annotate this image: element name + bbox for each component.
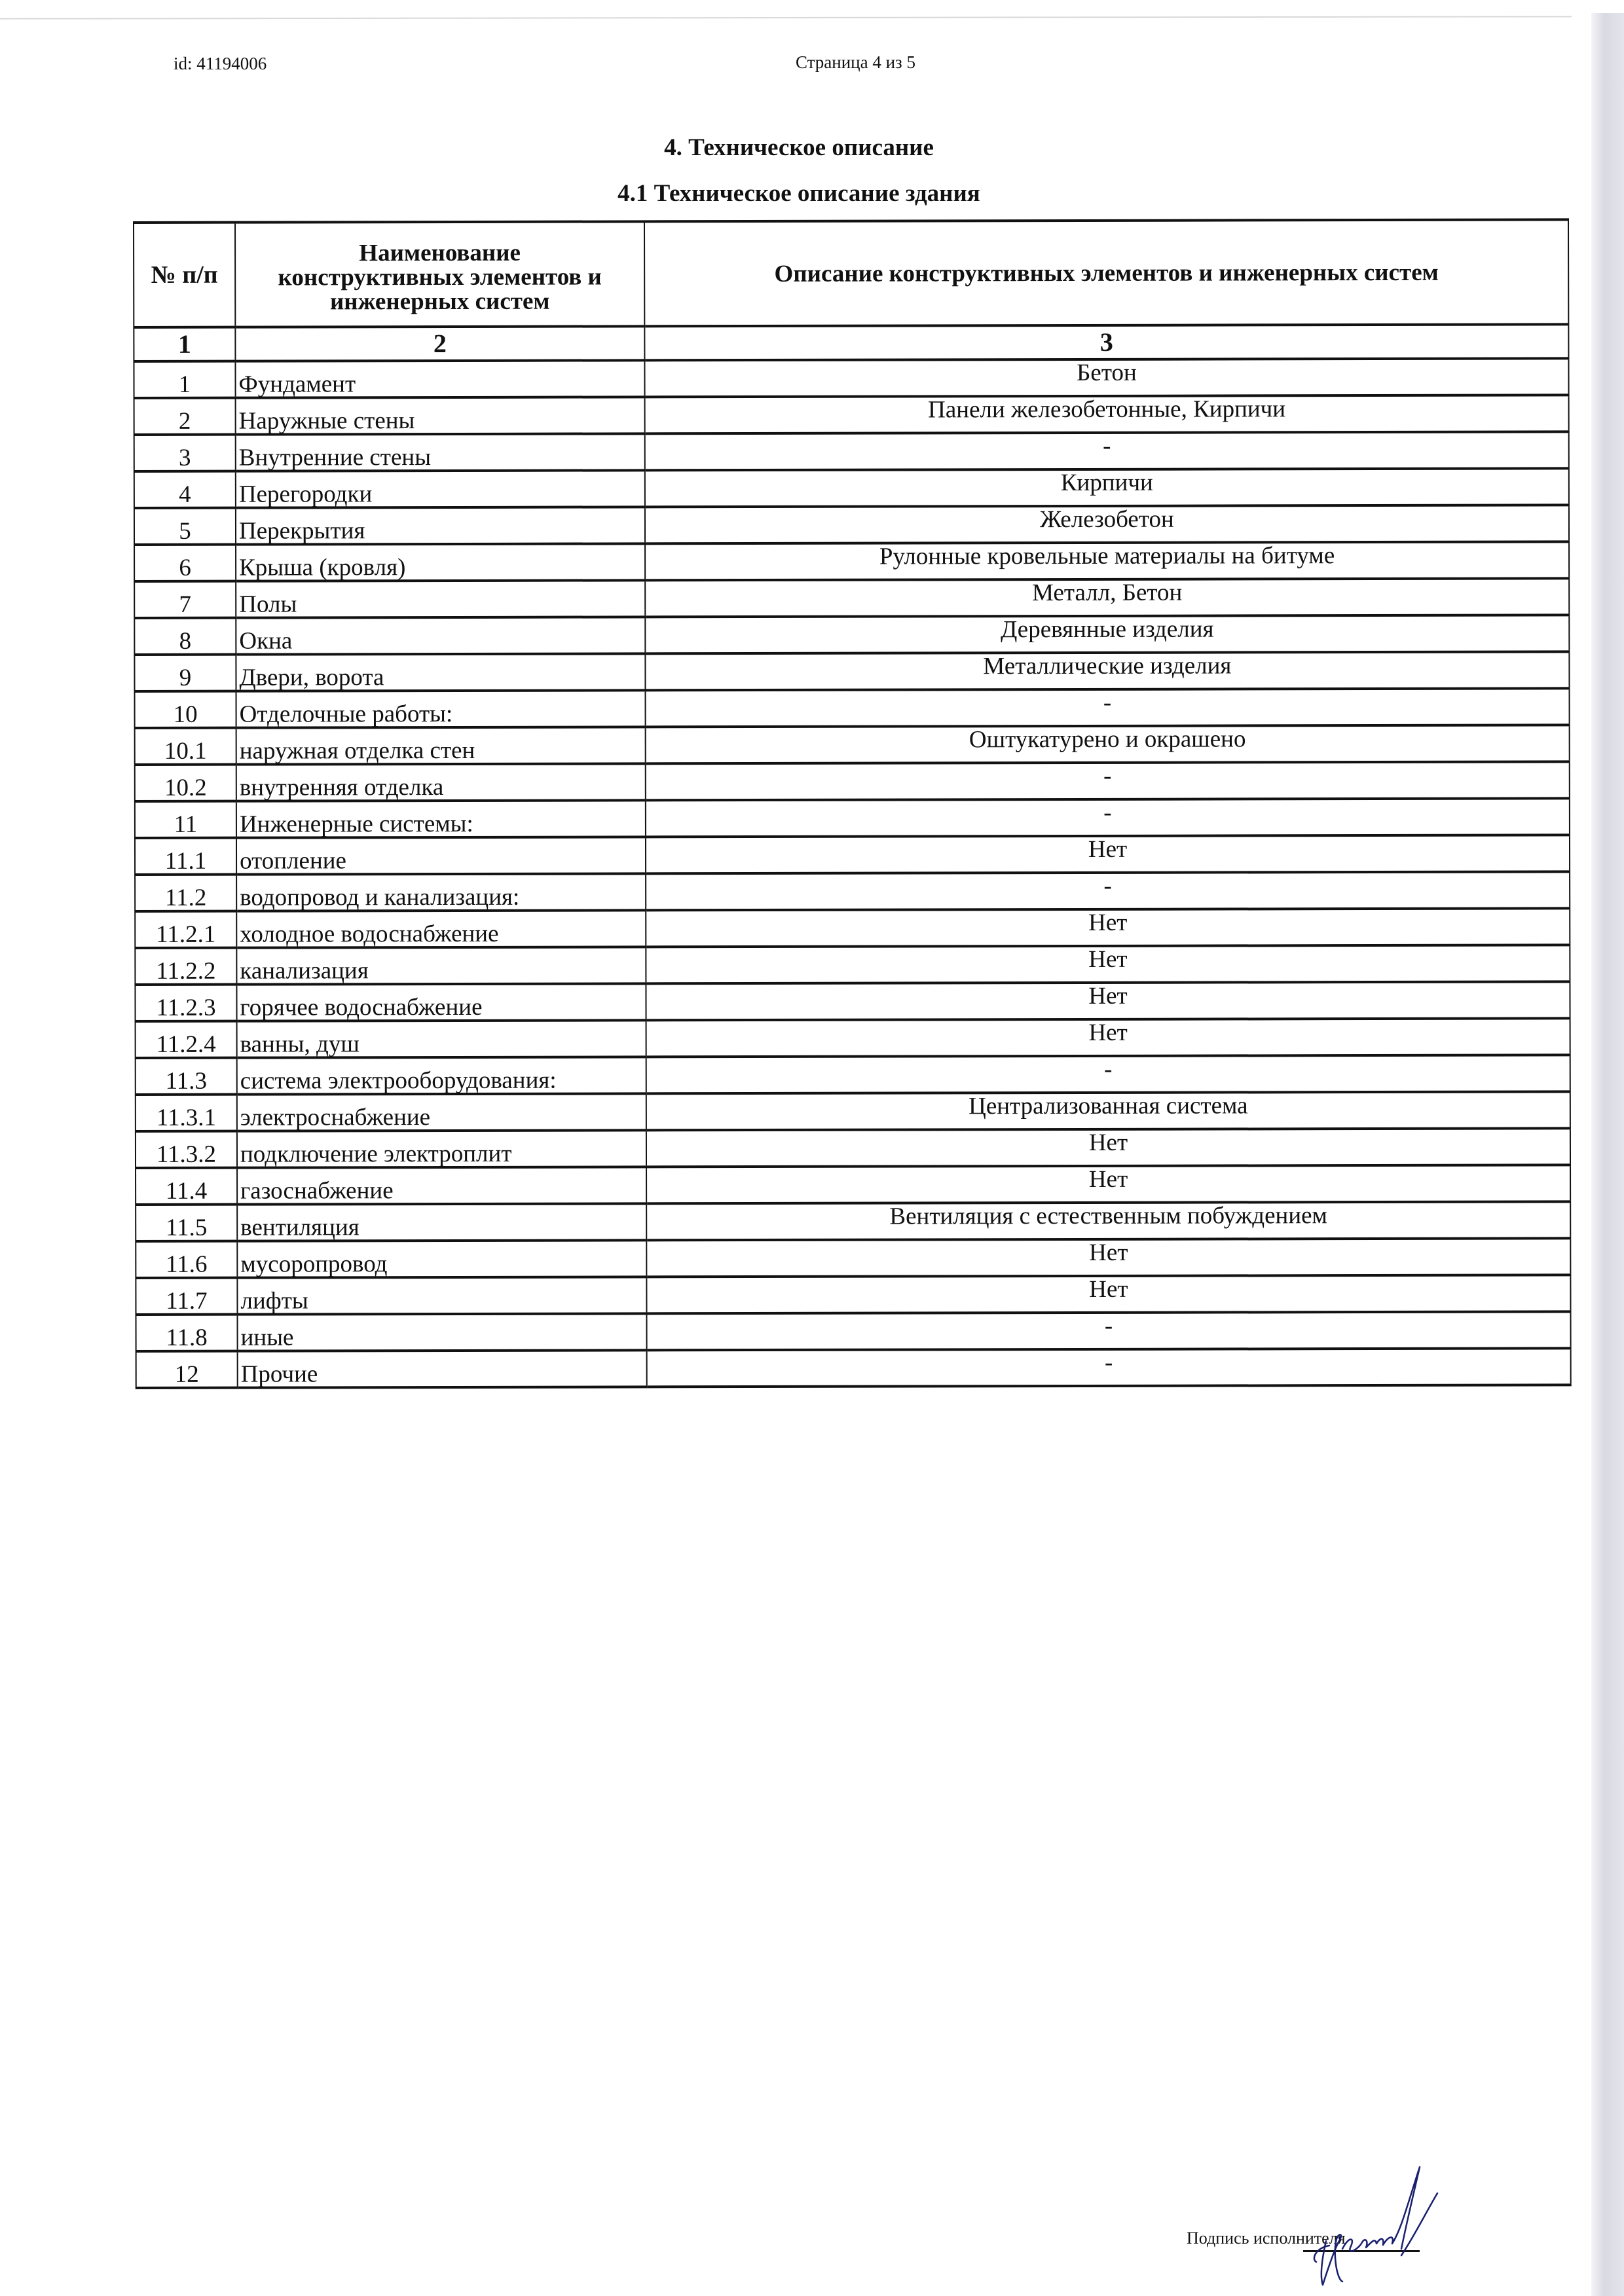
row-element-name: иные (237, 1313, 646, 1351)
row-element-name: горячее водоснабжение (236, 983, 646, 1021)
table-row: 11Инженерные системы:- (135, 798, 1570, 838)
row-element-name: водопровод и канализация: (236, 873, 646, 911)
table-row: 11.2.1холодное водоснабжениеНет (135, 908, 1570, 948)
row-element-name: электроснабжение (237, 1093, 646, 1131)
technical-description-table: № п/п Наименование конструктивных элемен… (133, 218, 1572, 1389)
column-header-number: № п/п (134, 223, 235, 327)
row-description: Нет (646, 1275, 1570, 1313)
row-element-name: подключение электроплит (237, 1130, 646, 1167)
table-row: 11.7лифтыНет (136, 1275, 1570, 1315)
row-description: Нет (646, 1165, 1570, 1203)
row-description: - (646, 871, 1570, 910)
row-description: - (646, 761, 1570, 800)
table-row: 5ПерекрытияЖелезобетон (134, 505, 1569, 545)
column-index-row: 1 2 3 (134, 324, 1568, 361)
row-element-name: ванны, душ (237, 1020, 646, 1057)
row-number: 6 (134, 545, 236, 581)
row-number: 11.6 (136, 1241, 237, 1278)
table-row: 11.8иные- (136, 1311, 1570, 1351)
row-number: 7 (134, 581, 236, 618)
column-header-name-line: конструктивных элементов и (236, 264, 644, 289)
page-number: Страница 4 из 5 (796, 52, 915, 73)
row-description: Кирпичи (645, 468, 1569, 507)
row-number: 2 (134, 398, 236, 435)
row-number: 11.2.3 (135, 985, 236, 1021)
row-number: 11.7 (136, 1278, 237, 1315)
row-element-name: Прочие (238, 1350, 647, 1387)
row-description: Нет (646, 1128, 1570, 1167)
table-row: 9Двери, воротаМеталлические изделия (134, 651, 1569, 691)
subsection-title: 4.1 Техническое описание здания (0, 179, 1611, 208)
row-element-name: вентиляция (237, 1203, 646, 1241)
column-header-name-line: Наименование (236, 240, 644, 265)
table-row: 12Прочие- (136, 1348, 1571, 1388)
row-description: Нет (646, 908, 1570, 947)
row-description: Металл, Бетон (645, 578, 1569, 617)
signature-icon (1303, 2164, 1441, 2288)
row-element-name: Окна (236, 617, 645, 654)
row-description: Железобетон (645, 505, 1569, 543)
row-number: 11.2.1 (135, 911, 236, 948)
table-row: 11.1отоплениеНет (135, 835, 1570, 875)
table-body: 1ФундаментБетон2Наружные стеныПанели жел… (134, 358, 1570, 1388)
table-row: 11.2.4ванны, душНет (136, 1018, 1570, 1058)
document-id: id: 41194006 (174, 54, 267, 74)
row-description: Бетон (644, 358, 1568, 397)
table-row: 3Внутренние стены- (134, 431, 1569, 471)
table-row: 11.5вентиляцияВентиляция с естественным … (136, 1201, 1570, 1241)
row-element-name: мусоропровод (237, 1240, 646, 1277)
row-element-name: Внутренние стены (236, 433, 645, 471)
table-header-row: № п/п Наименование конструктивных элемен… (134, 219, 1568, 327)
row-description: Оштукатурено и окрашено (646, 725, 1570, 763)
row-number: 10.2 (135, 765, 236, 801)
table-row: 6Крыша (кровля)Рулонные кровельные матер… (134, 541, 1569, 581)
row-number: 1 (134, 361, 235, 398)
table-row: 11.6мусоропроводНет (136, 1238, 1570, 1278)
table-row: 10.2внутренняя отделка- (135, 761, 1570, 801)
row-number: 4 (134, 471, 236, 508)
table-row: 11.3.1электроснабжениеЦентрализованная с… (136, 1091, 1570, 1131)
row-description: Нет (646, 835, 1570, 873)
table-row: 11.2.3горячее водоснабжениеНет (135, 981, 1570, 1021)
column-header-name: Наименование конструктивных элементов и … (235, 221, 644, 327)
row-description: - (646, 798, 1570, 837)
table-row: 7ПолыМеталл, Бетон (134, 578, 1569, 618)
row-description: Нет (646, 1238, 1570, 1277)
table-row: 11.2.2канализацияНет (135, 945, 1570, 985)
table-row: 10Отделочные работы:- (135, 688, 1570, 728)
page-top-edge (0, 0, 1572, 20)
row-element-name: Наружные стены (236, 397, 645, 434)
row-description: Централизованная система (646, 1091, 1570, 1130)
table-row: 1ФундаментБетон (134, 358, 1568, 398)
row-number: 11.3.2 (136, 1131, 237, 1168)
row-number: 10 (135, 691, 236, 728)
column-index: 3 (644, 324, 1568, 360)
row-number: 3 (134, 435, 236, 471)
row-number: 9 (134, 655, 236, 691)
table-row: 11.3система электрооборудования:- (136, 1055, 1570, 1095)
row-element-name: Фундамент (235, 360, 644, 397)
row-description: Рулонные кровельные материалы на битуме (645, 541, 1569, 580)
row-description: - (646, 1311, 1570, 1350)
row-description: - (646, 1055, 1570, 1093)
column-header-name-line: инженерных систем (236, 289, 644, 314)
row-number: 11.8 (136, 1315, 237, 1351)
row-number: 12 (136, 1351, 238, 1388)
row-description: Нет (646, 981, 1570, 1020)
row-element-name: Перекрытия (236, 507, 645, 544)
table-row: 11.2водопровод и канализация:- (135, 871, 1570, 911)
row-element-name: внутренняя отделка (236, 763, 646, 801)
row-number: 11 (135, 801, 236, 838)
row-number: 10.1 (135, 728, 236, 765)
row-number: 11.3.1 (136, 1095, 237, 1131)
row-element-name: Крыша (кровля) (236, 543, 645, 581)
column-index: 1 (134, 327, 235, 361)
row-element-name: система электрооборудования: (237, 1057, 646, 1094)
row-number: 5 (134, 508, 236, 545)
table-row: 8ОкнаДеревянные изделия (134, 615, 1569, 655)
row-element-name: Отделочные работы: (236, 690, 646, 727)
row-description: Нет (646, 945, 1570, 983)
row-number: 11.5 (136, 1205, 237, 1241)
row-number: 11.1 (135, 838, 236, 875)
row-number: 11.4 (136, 1168, 237, 1205)
row-number: 11.3 (136, 1058, 237, 1095)
table-row: 4ПерегородкиКирпичи (134, 468, 1569, 508)
row-element-name: Перегородки (236, 470, 645, 507)
table-row: 2Наружные стеныПанели железобетонные, Ки… (134, 395, 1569, 435)
row-element-name: Двери, ворота (236, 653, 645, 691)
row-description: - (647, 1348, 1571, 1387)
row-description: - (646, 688, 1570, 727)
row-number: 11.2 (135, 875, 236, 911)
row-element-name: отопление (236, 837, 646, 874)
section-title: 4. Техническое описание (0, 134, 1611, 162)
row-description: Панели железобетонные, Кирпичи (645, 395, 1569, 433)
row-element-name: канализация (236, 947, 646, 984)
column-header-description: Описание конструктивных элементов и инже… (644, 219, 1568, 326)
row-element-name: лифты (237, 1277, 646, 1314)
row-description: - (645, 431, 1569, 470)
table-row: 11.4газоснабжениеНет (136, 1165, 1570, 1205)
row-number: 8 (134, 618, 236, 655)
row-number: 11.2.2 (135, 948, 236, 985)
row-description: Вентиляция с естественным побуждением (646, 1201, 1570, 1240)
row-element-name: наружная отделка стен (236, 727, 646, 764)
row-element-name: газоснабжение (237, 1167, 646, 1204)
table-row: 10.1наружная отделка стенОштукатурено и … (135, 725, 1570, 765)
column-index: 2 (235, 326, 644, 361)
row-element-name: Инженерные системы: (236, 800, 646, 837)
row-description: Деревянные изделия (645, 615, 1569, 653)
row-number: 11.2.4 (136, 1021, 237, 1058)
row-description: Нет (646, 1018, 1570, 1057)
row-element-name: холодное водоснабжение (236, 910, 646, 947)
scan-edge-shadow (1591, 13, 1624, 2296)
row-element-name: Полы (236, 580, 645, 617)
row-description: Металлические изделия (645, 651, 1569, 690)
table-row: 11.3.2подключение электроплитНет (136, 1128, 1570, 1168)
